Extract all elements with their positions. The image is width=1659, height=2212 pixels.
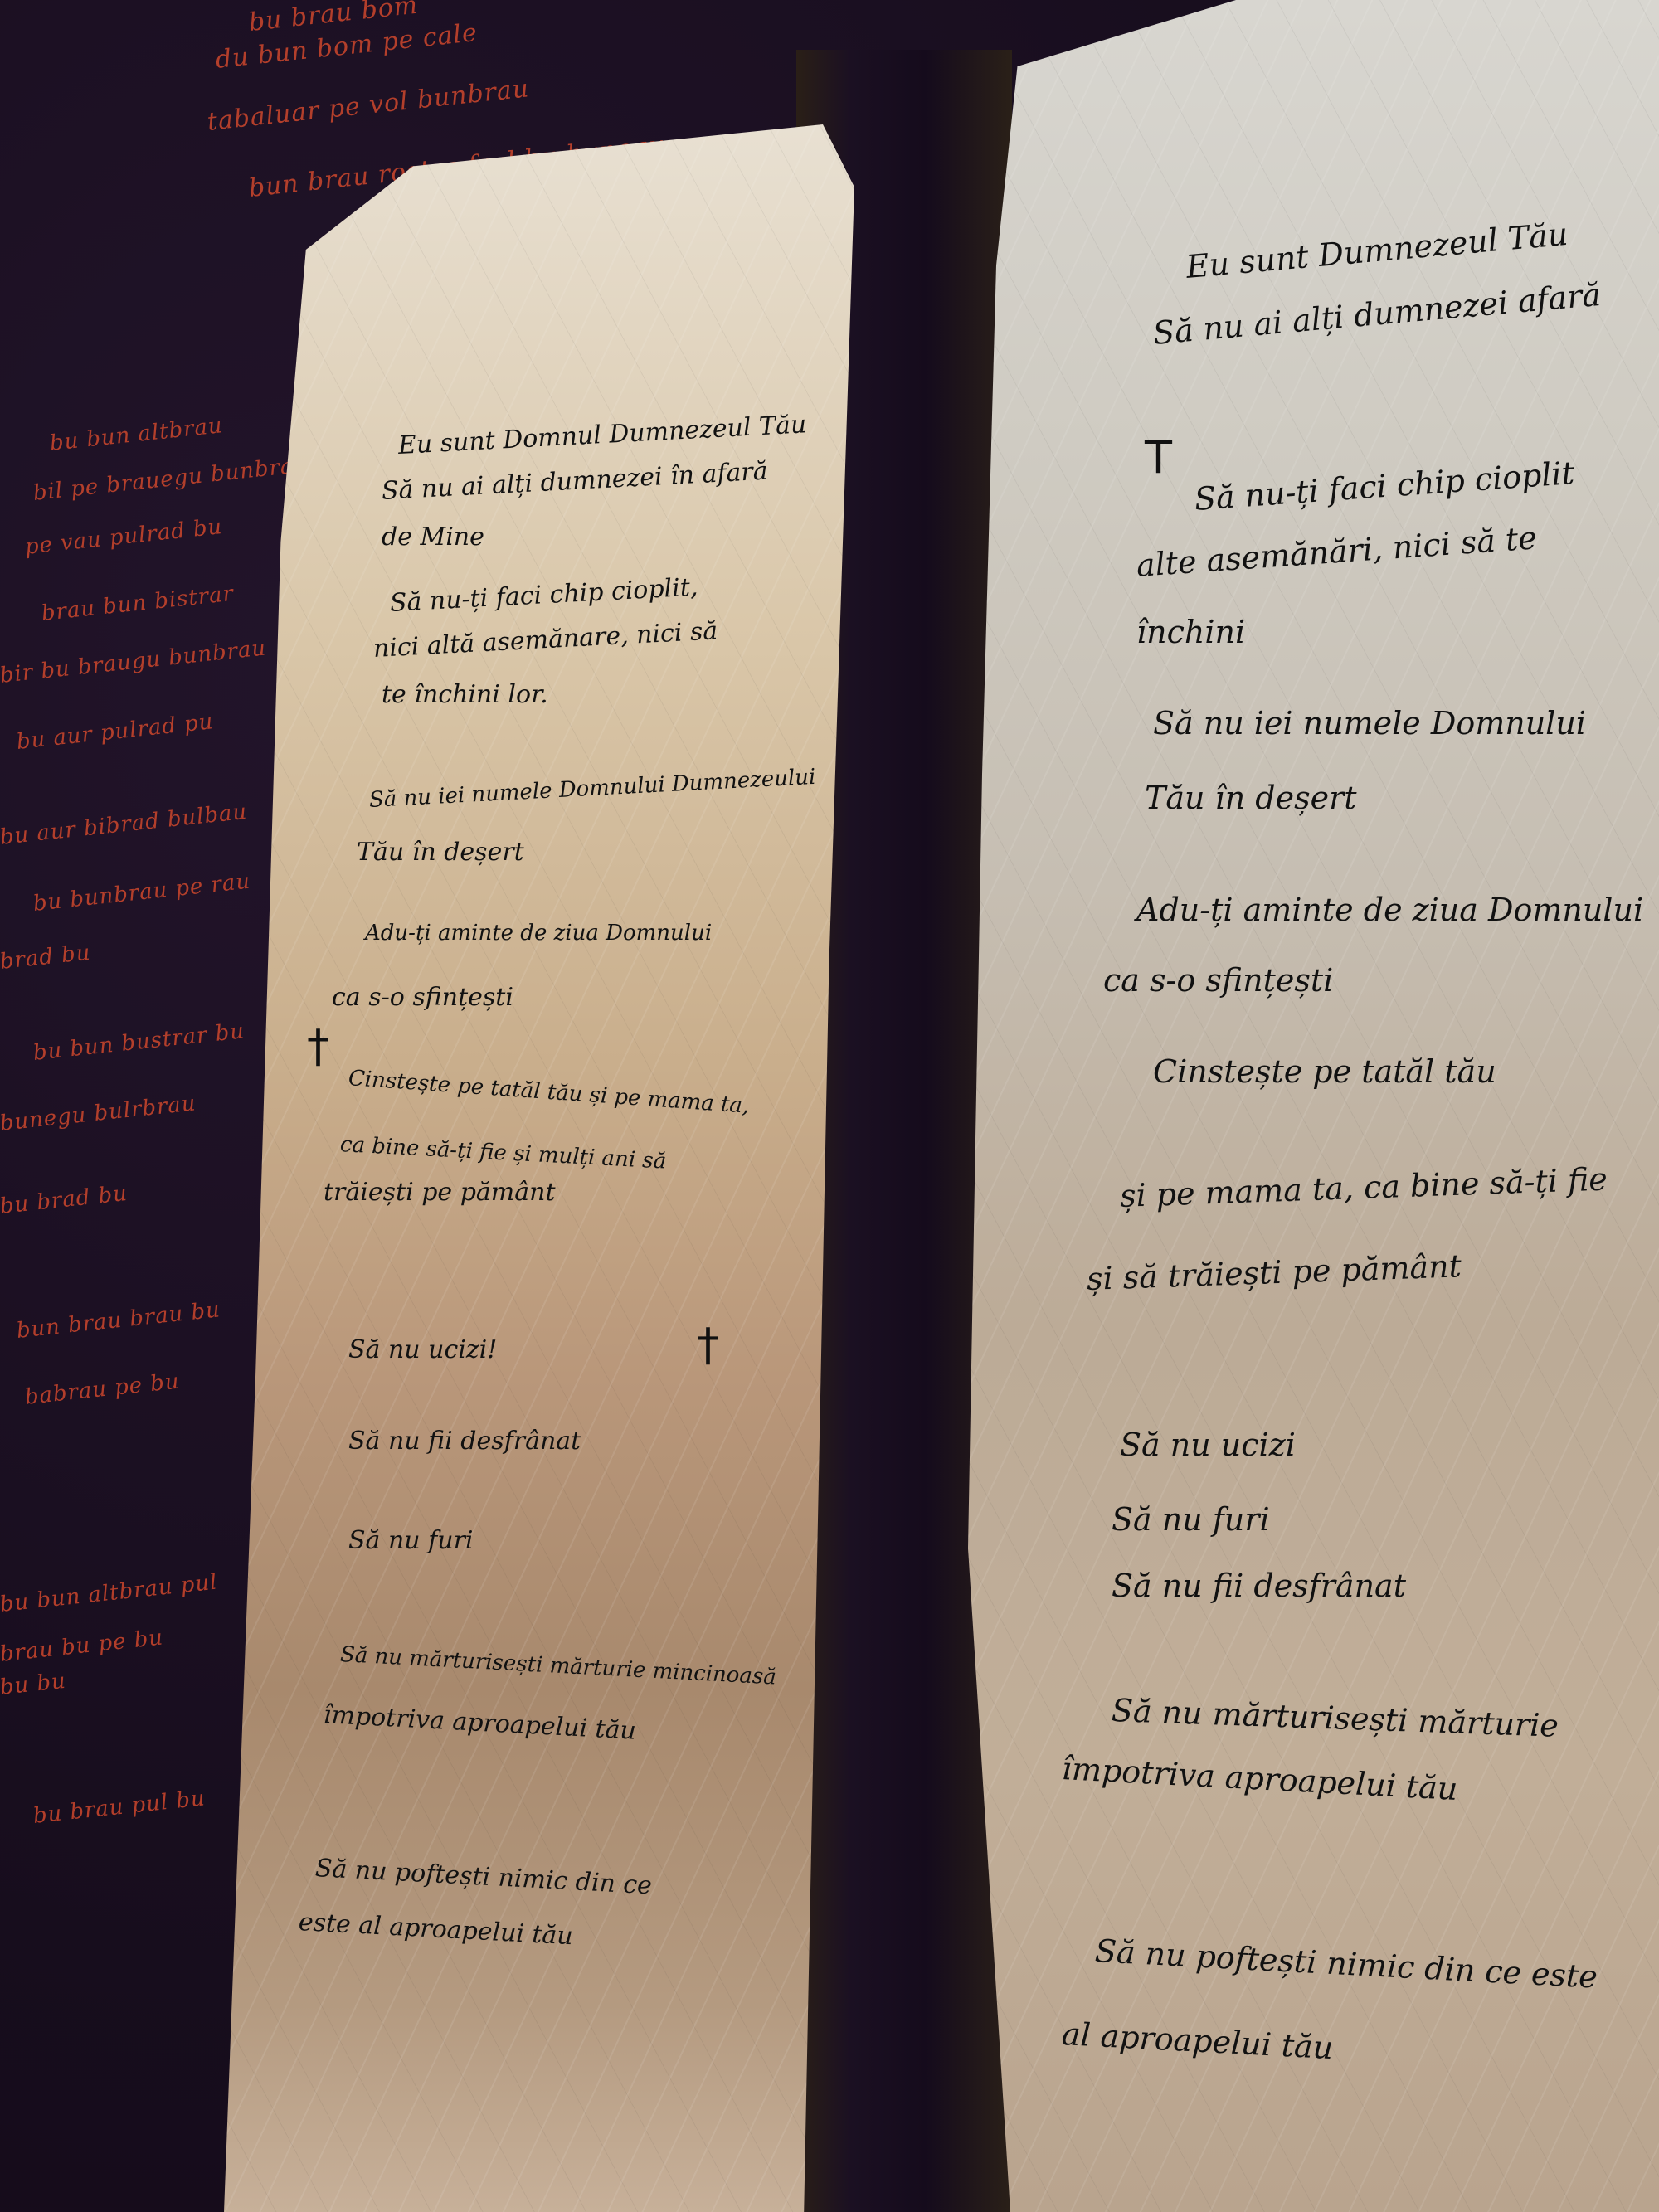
red-script-line: bu bun altbrau <box>48 413 224 456</box>
red-script-line: brau bun bistrar <box>40 581 235 626</box>
red-script-line: bir bu braugu bunbrau <box>0 635 268 688</box>
left-tablet: Eu sunt Domnul Dumnezeul Tău Să nu ai al… <box>224 124 854 2212</box>
tablet-text-line: închini <box>1136 614 1245 650</box>
red-script-line: bu brau pul bu <box>32 1786 207 1829</box>
tablet-text-line: Să nu furi <box>348 1526 474 1555</box>
tablet-text-line: trăiești pe pământ <box>324 1178 556 1207</box>
tablet-text-line: Să nu fii desfrânat <box>1112 1568 1406 1604</box>
red-script-line: bu bun altbrau pul <box>0 1570 219 1617</box>
cross-icon: T <box>1145 431 1172 484</box>
cross-icon: † <box>307 1020 329 1072</box>
tablet-text-line: ca s-o sfințești <box>332 983 513 1012</box>
painting-canvas: bu brau bom du bun bom pe cale tabaluar … <box>0 0 1659 2212</box>
red-script-line: bu brad bu <box>0 1181 129 1219</box>
tablet-text-line: Să nu fii desfrânat <box>348 1427 581 1456</box>
tablet-text-line: Adu-ți aminte de ziua Domnului <box>1136 892 1643 928</box>
tablet-text-line: Să nu furi <box>1112 1501 1270 1538</box>
tablet-text-line: te închini lor. <box>382 680 548 709</box>
red-script-line: brad bu <box>0 941 92 975</box>
red-script-line: bunegu bulrbrau <box>0 1091 197 1136</box>
red-script-line: bu bunbrau pe rau <box>32 869 251 916</box>
red-script-line: bun brau brau bu <box>15 1297 221 1344</box>
red-script-line: bu bun bustrar bu <box>32 1018 246 1066</box>
red-script-line: bil pe brauegu bunbrau <box>32 452 309 506</box>
red-script-line: babrau pe bu <box>23 1369 181 1409</box>
tablet-text-line: Adu-ți aminte de ziua Domnului <box>365 921 712 946</box>
tablet-text-line: Să nu ucizi <box>1120 1427 1296 1463</box>
tablet-text-line: Cinstește pe tatăl tău <box>1153 1053 1496 1090</box>
red-script-line: pe vau pulrad bu <box>23 514 223 560</box>
red-script-line: tabaluar pe vol bunbrau <box>206 74 530 137</box>
red-script-line: bu bu <box>0 1669 67 1700</box>
red-script-line: brau bu pe bu <box>0 1625 164 1667</box>
tablet-text-line: ca s-o sfințești <box>1103 962 1333 999</box>
tablet-text-line: de Mine <box>382 523 484 552</box>
tablet-text-line: Să nu ucizi! <box>348 1335 497 1364</box>
tablet-text-line: Să nu iei numele Domnului <box>1153 705 1586 741</box>
right-tablet: Eu sunt Dumnezeul Tău Să nu ai alți dumn… <box>954 0 1659 2212</box>
red-script-line: bu aur pulrad pu <box>15 709 214 755</box>
red-script-line: bu aur bibrad bulbau <box>0 800 249 850</box>
cross-icon: † <box>697 1319 719 1371</box>
tablet-text-line: Tău în deșert <box>1145 780 1357 816</box>
tablet-text-line: Tău în deșert <box>357 838 524 867</box>
